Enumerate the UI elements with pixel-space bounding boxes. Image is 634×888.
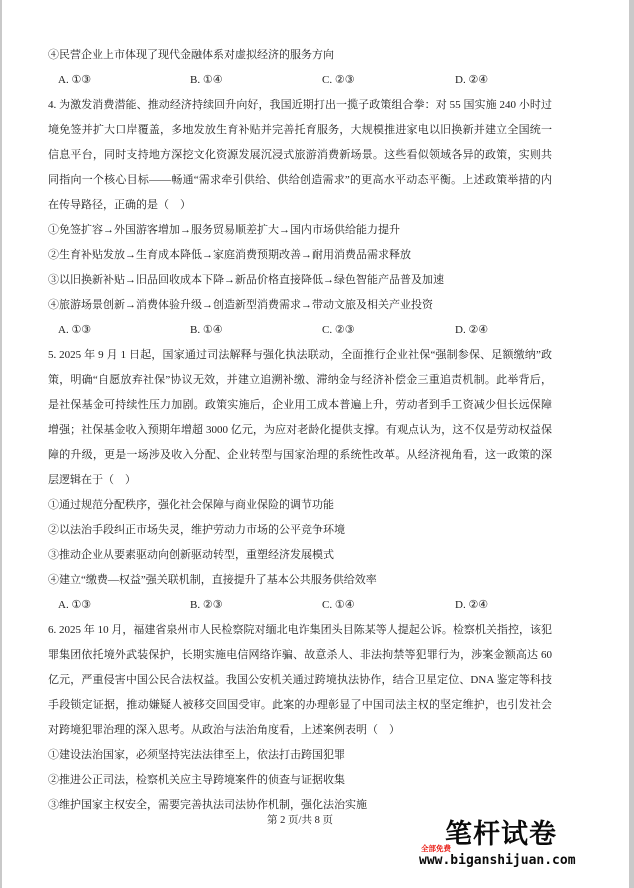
watermark-url: www.biganshijuan.com bbox=[419, 853, 576, 868]
choice-b: B. ①④ bbox=[190, 318, 322, 343]
question-4-stem: 4. 为激发消费潜能、推动经济持续回升向好，我国近期打出一揽子政策组合拳：对 5… bbox=[48, 93, 552, 218]
choice-d: D. ②④ bbox=[455, 318, 552, 343]
question-5: 5. 2025 年 9 月 1 日起，国家通过司法解释与强化执法联动，全面推行企… bbox=[48, 343, 552, 618]
question-4-option-2: ②生育补贴发放→生育成本降低→家庭消费预期改善→耐用消费品需求释放 bbox=[48, 243, 552, 268]
question-4-choices: A. ①③ B. ①④ C. ②③ D. ②④ bbox=[48, 318, 552, 343]
choice-a: A. ①③ bbox=[58, 68, 190, 93]
question-4-option-4: ④旅游场景创新→消费体验升级→创造新型消费需求→带动文旅及相关产业投资 bbox=[48, 293, 552, 318]
question-3-carryover: ④民营企业上市体现了现代金融体系对虚拟经济的服务方向 A. ①③ B. ①④ C… bbox=[48, 43, 552, 93]
choice-b: B. ②③ bbox=[190, 593, 322, 618]
watermark: 笔杆试卷 全部免费 www.biganshijuan.com bbox=[405, 812, 585, 882]
exam-content: ④民营企业上市体现了现代金融体系对虚拟经济的服务方向 A. ①③ B. ①④ C… bbox=[48, 43, 552, 818]
question-3-option-4: ④民营企业上市体现了现代金融体系对虚拟经济的服务方向 bbox=[48, 43, 552, 68]
choice-b: B. ①④ bbox=[190, 68, 322, 93]
question-4-option-3: ③以旧换新补贴→旧品回收成本下降→新品价格直接降低→绿色智能产品普及加速 bbox=[48, 268, 552, 293]
question-4: 4. 为激发消费潜能、推动经济持续回升向好，我国近期打出一揽子政策组合拳：对 5… bbox=[48, 93, 552, 343]
question-5-option-1: ①通过规范分配秩序，强化社会保障与商业保险的调节功能 bbox=[48, 493, 552, 518]
question-5-option-3: ③推动企业从要素驱动向创新驱动转型，重塑经济发展模式 bbox=[48, 543, 552, 568]
question-3-choices: A. ①③ B. ①④ C. ②③ D. ②④ bbox=[48, 68, 552, 93]
scan-edge-right bbox=[629, 0, 634, 888]
exam-page: ④民营企业上市体现了现代金融体系对虚拟经济的服务方向 A. ①③ B. ①④ C… bbox=[0, 0, 634, 888]
choice-c: C. ②③ bbox=[322, 318, 455, 343]
choice-a: A. ①③ bbox=[58, 318, 190, 343]
watermark-brand: 笔杆试卷 bbox=[445, 812, 557, 851]
choice-c: C. ①④ bbox=[322, 593, 455, 618]
question-6-option-1: ①建设法治国家，必须坚持宪法法律至上，依法打击跨国犯罪 bbox=[48, 743, 552, 768]
question-6-stem: 6. 2025 年 10 月，福建省泉州市人民检察院对缅北电诈集团头目陈某等人提… bbox=[48, 618, 552, 743]
choice-a: A. ①③ bbox=[58, 593, 190, 618]
choice-c: C. ②③ bbox=[322, 68, 455, 93]
question-4-option-1: ①免签扩容→外国游客增加→服务贸易顺差扩大→国内市场供给能力提升 bbox=[48, 218, 552, 243]
scan-edge-left bbox=[0, 0, 2, 888]
choice-d: D. ②④ bbox=[455, 593, 552, 618]
question-5-choices: A. ①③ B. ②③ C. ①④ D. ②④ bbox=[48, 593, 552, 618]
choice-d: D. ②④ bbox=[455, 68, 552, 93]
question-6: 6. 2025 年 10 月，福建省泉州市人民检察院对缅北电诈集团头目陈某等人提… bbox=[48, 618, 552, 818]
question-5-option-2: ②以法治手段纠正市场失灵，维护劳动力市场的公平竞争环境 bbox=[48, 518, 552, 543]
question-5-stem: 5. 2025 年 9 月 1 日起，国家通过司法解释与强化执法联动，全面推行企… bbox=[48, 343, 552, 493]
question-5-option-4: ④建立“缴费—权益”强关联机制，直接提升了基本公共服务供给效率 bbox=[48, 568, 552, 593]
question-6-option-2: ②推进公正司法，检察机关应主导跨境案件的侦查与证据收集 bbox=[48, 768, 552, 793]
